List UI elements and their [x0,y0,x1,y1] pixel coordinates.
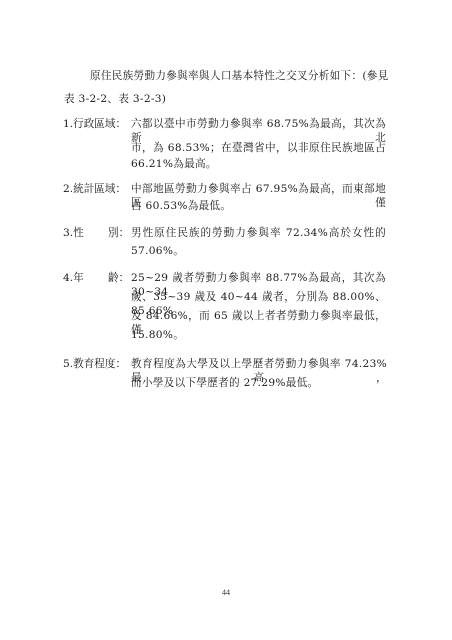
intro-line-2: 表 3-2-2、表 3-2-3) [64,92,166,106]
item-2-line-2: 占 60.53%為最低。 [131,199,231,213]
item-1-line-2: 市，為 68.53%；在臺灣省中，以非原住民族地區占 [131,141,386,155]
item-5-label: 5.教育程度： [63,357,126,371]
page-number: 44 [0,588,452,597]
item-1-line-3: 66.21%為最高。 [131,157,217,171]
item-3-line-2: 57.06%。 [131,244,184,258]
item-3-label-prefix: 3.性 [63,226,84,240]
item-3-line-1: 男性原住民族的勞動力參與率 72.34%高於女性的 [131,226,386,240]
item-3-label-suffix: 別： [108,226,129,240]
item-4-label-suffix: 齡： [108,271,129,285]
document-page: 原住民族勞動力參與率與人口基本特性之交叉分析如下：(參見 表 3-2-2、表 3… [0,0,452,640]
item-5-line-2: 而小學及以下學歷者的 27.29%最低。 [131,376,318,390]
item-4-label-prefix: 4.年 [63,271,84,285]
item-2-label: 2.統計區域： [63,182,126,196]
item-1-label: 1.行政區域： [63,117,126,131]
item-4-line-4: 15.80%。 [131,328,184,342]
intro-line-1: 原住民族勞動力參與率與人口基本特性之交叉分析如下：(參見 [90,69,389,83]
